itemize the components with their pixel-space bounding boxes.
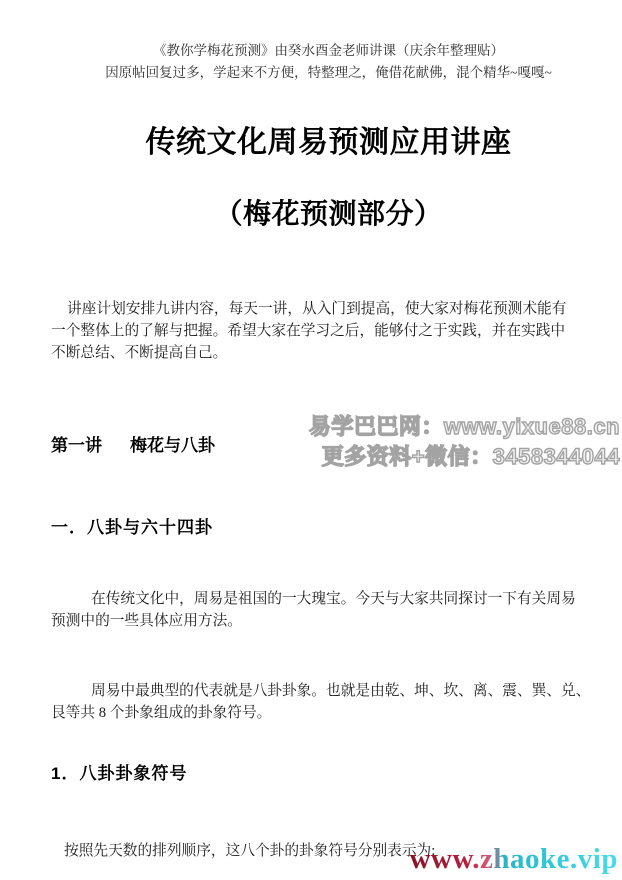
intro-paragraph: 讲座计划安排九讲内容，每天一讲，从入门到提高，使大家对梅花预测术能有 一个整体上… xyxy=(51,298,606,364)
watermark-site-line: 易学巴巴网：www.yixue88.cn xyxy=(309,412,620,442)
document-subtitle: （梅花预测部分） xyxy=(51,198,606,230)
subsection-heading-symbols: 1．八卦卦象符号 xyxy=(51,764,606,784)
watermark-contact-line: 更多资料+微信：3458344044 xyxy=(309,442,620,472)
section-title: 梅花与八卦 xyxy=(130,436,215,455)
paragraph-bagua-symbols: 周易中最典型的代表就是八卦卦象。也就是由乾、坤、坎、离、震、巽、兑、 艮等共 8… xyxy=(51,680,606,724)
header-note: 《教你学梅花预测》由癸水酉金老师讲课（庆余年整理贴） 因原帖回复过多，学起来不方… xyxy=(51,40,606,84)
bottom-watermark-url: www.zhaoke.vip xyxy=(410,843,618,875)
paragraph-zhouyi-intro: 在传统文化中，周易是祖国的一大瑰宝。今天与大家共同探讨一下有关周易 预测中的一些… xyxy=(51,588,606,632)
document-page: 《教你学梅花预测》由癸水酉金老师讲课（庆余年整理贴） 因原帖回复过多，学起来不方… xyxy=(0,0,622,880)
document-title: 传统文化周易预测应用讲座 xyxy=(51,126,606,160)
header-note-line2: 因原帖回复过多，学起来不方便，特整理之，俺借花献佛，混个精华~嘎嘎~ xyxy=(51,62,606,84)
subsection-heading-bagua-64: 一．八卦与六十四卦 xyxy=(51,518,606,538)
side-watermark: 易学巴巴网：www.yixue88.cn 更多资料+微信：3458344044 xyxy=(309,412,620,472)
header-note-line1: 《教你学梅花预测》由癸水酉金老师讲课（庆余年整理贴） xyxy=(51,40,606,62)
section-number: 第一讲 xyxy=(51,436,102,455)
